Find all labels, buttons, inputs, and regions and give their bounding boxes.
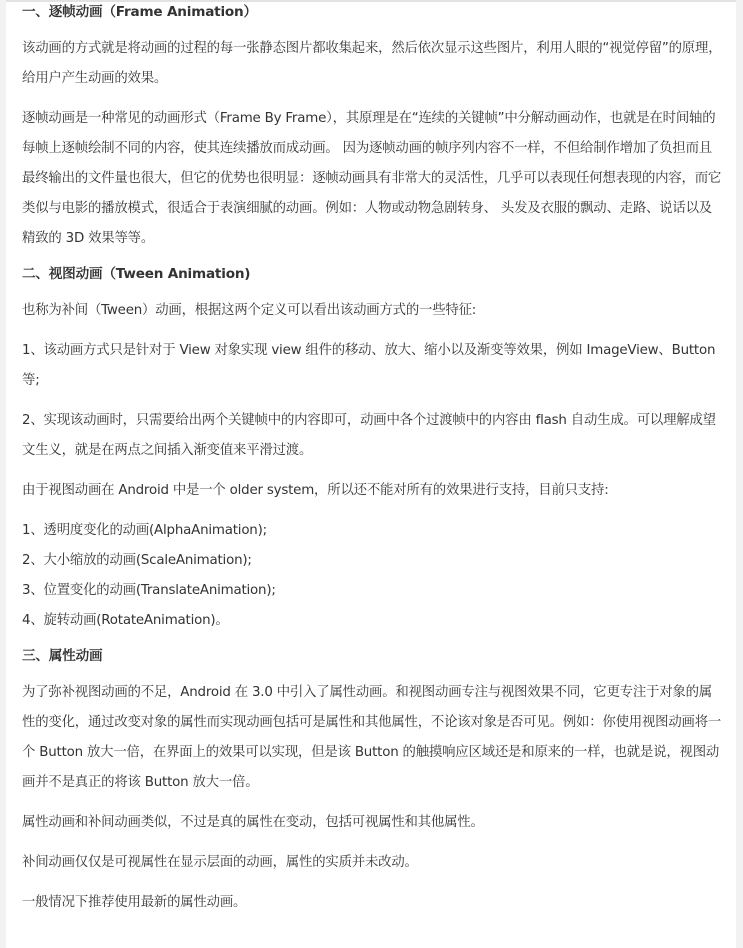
paragraph: 2、实现该动画时，只需要给出两个关键帧中的内容即可，动画中各个过渡帧中的内容由 … [22,406,724,466]
paragraph: 也称为补间（Tween）动画，根据这两个定义可以看出该动画方式的一些特征: [22,296,724,326]
paragraph: 为了弥补视图动画的不足，Android 在 3.0 中引入了属性动画。和视图动画… [22,678,724,798]
supported-animations-list: 1、透明度变化的动画(AlphaAnimation); 2、大小缩放的动画(Sc… [22,516,724,636]
paragraph: 逐帧动画是一种常见的动画形式（Frame By Frame），其原理是在“连续的… [22,104,724,254]
section-heading-property-animation: 三、属性动画 [22,646,724,666]
paragraph: 由于视图动画在 Android 中是一个 older system，所以还不能对… [22,476,724,506]
paragraph: 该动画的方式就是将动画的过程的每一张静态图片都收集起来，然后依次显示这些图片，利… [22,34,724,94]
section-heading-frame-animation: 一、逐帧动画（Frame Animation） [22,2,724,22]
paragraph: 补间动画仅仅是可视属性在显示层面的动画，属性的实质并未改动。 [22,848,724,878]
list-item: 4、旋转动画(RotateAnimation)。 [22,606,724,636]
paragraph: 属性动画和补间动画类似，不过是真的属性在变动，包括可视属性和其他属性。 [22,808,724,838]
article-page: 一、逐帧动画（Frame Animation） 该动画的方式就是将动画的过程的每… [6,0,736,948]
paragraph: 一般情况下推荐使用最新的属性动画。 [22,888,724,918]
list-item: 2、大小缩放的动画(ScaleAnimation); [22,546,724,576]
paragraph: 1、该动画方式只是针对于 View 对象实现 view 组件的移动、放大、缩小以… [22,336,724,396]
article-content: 一、逐帧动画（Frame Animation） 该动画的方式就是将动画的过程的每… [22,2,724,918]
list-item: 1、透明度变化的动画(AlphaAnimation); [22,516,724,546]
section-heading-tween-animation: 二、视图动画（Tween Animation) [22,264,724,284]
list-item: 3、位置变化的动画(TranslateAnimation); [22,576,724,606]
